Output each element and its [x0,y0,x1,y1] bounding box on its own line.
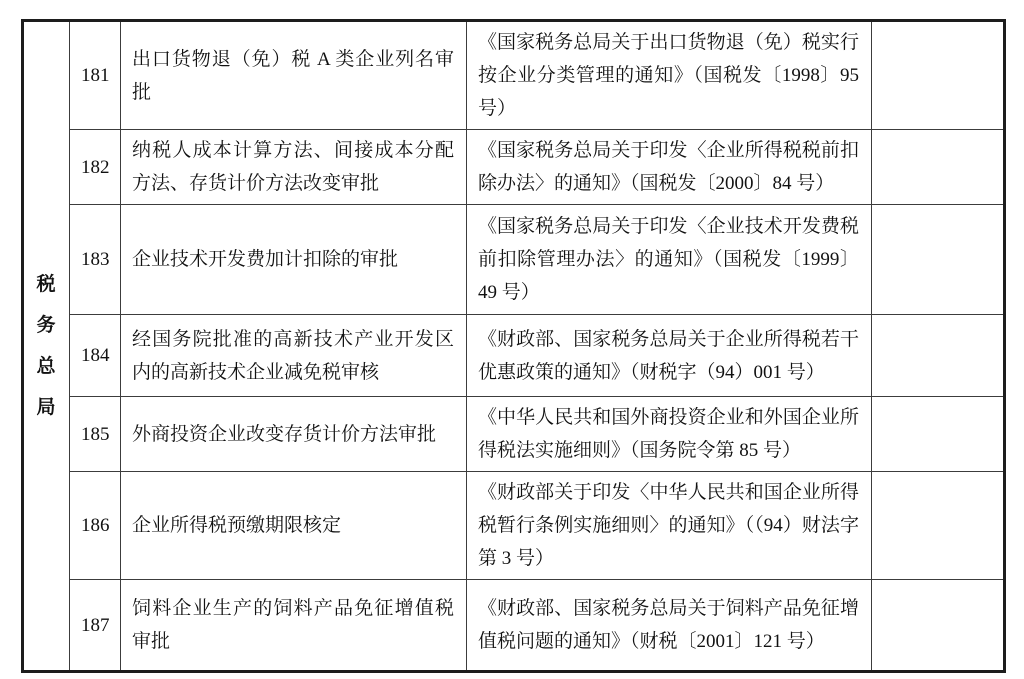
approval-items-table: 税 务 总 局 181出口货物退（免）税 A 类企业列名审批《国家税务总局关于出… [21,19,1006,673]
agency-label-char: 务 [35,305,57,346]
note-cell [872,580,1005,672]
approval-item-cell: 外商投资企业改变存货计价方法审批 [121,397,467,472]
legal-basis-cell: 《国家税务总局关于印发〈企业所得税税前扣除办法〉的通知》（国税发〔2000〕84… [467,130,872,205]
agency-cell: 税 务 总 局 [23,21,70,672]
legal-basis-cell: 《国家税务总局关于印发〈企业技术开发费税前扣除管理办法〉的通知》（国税发〔199… [467,205,872,315]
table-row: 186 企业所得税预缴期限核定 《财政部关于印发〈中华人民共和国企业所得税暂行条… [23,472,1005,580]
serial-number-cell: 186 [70,472,121,580]
note-cell [872,472,1005,580]
approval-item-cell: 出口货物退（免）税 A 类企业列名审批 [121,21,467,130]
table-row: 182 纳税人成本计算方法、间接成本分配方法、存货计价方法改变审批 《国家税务总… [23,130,1005,205]
note-cell [872,130,1005,205]
note-cell [872,397,1005,472]
table-row: 185 外商投资企业改变存货计价方法审批 《中华人民共和国外商投资企业和外国企业… [23,397,1005,472]
table-body: 税 务 总 局 181出口货物退（免）税 A 类企业列名审批《国家税务总局关于出… [23,21,1005,672]
table-row: 187 饲料企业生产的饲料产品免征增值税审批 《财政部、国家税务总局关于饲料产品… [23,580,1005,672]
note-cell [872,315,1005,397]
serial-number-cell: 181 [70,21,121,130]
legal-basis-cell: 《财政部、国家税务总局关于饲料产品免征增值税问题的通知》（财税〔2001〕121… [467,580,872,672]
approval-item-cell: 纳税人成本计算方法、间接成本分配方法、存货计价方法改变审批 [121,130,467,205]
table-row: 税 务 总 局 181出口货物退（免）税 A 类企业列名审批《国家税务总局关于出… [23,21,1005,130]
serial-number-cell: 182 [70,130,121,205]
table-row: 183 企业技术开发费加计扣除的审批 《国家税务总局关于印发〈企业技术开发费税前… [23,205,1005,315]
note-cell [872,205,1005,315]
document-page: 税 务 总 局 181出口货物退（免）税 A 类企业列名审批《国家税务总局关于出… [0,0,1024,679]
agency-label-char: 总 [35,346,57,387]
serial-number-cell: 183 [70,205,121,315]
approval-item-cell: 经国务院批准的高新技术产业开发区内的高新技术企业减免税审核 [121,315,467,397]
legal-basis-cell: 《财政部关于印发〈中华人民共和国企业所得税暂行条例实施细则〉的通知》（（94）财… [467,472,872,580]
serial-number-cell: 185 [70,397,121,472]
approval-item-cell: 饲料企业生产的饲料产品免征增值税审批 [121,580,467,672]
serial-number-cell: 184 [70,315,121,397]
note-cell [872,21,1005,130]
legal-basis-cell: 《中华人民共和国外商投资企业和外国企业所得税法实施细则》（国务院令第 85 号） [467,397,872,472]
legal-basis-cell: 《财政部、国家税务总局关于企业所得税若干优惠政策的通知》（财税字（94）001 … [467,315,872,397]
table-row: 184 经国务院批准的高新技术产业开发区内的高新技术企业减免税审核 《财政部、国… [23,315,1005,397]
agency-label-char: 局 [35,387,57,428]
agency-label-char: 税 [35,264,57,305]
approval-item-cell: 企业技术开发费加计扣除的审批 [121,205,467,315]
legal-basis-cell: 《国家税务总局关于出口货物退（免）税实行按企业分类管理的通知》（国税发〔1998… [467,21,872,130]
approval-item-cell: 企业所得税预缴期限核定 [121,472,467,580]
serial-number-cell: 187 [70,580,121,672]
